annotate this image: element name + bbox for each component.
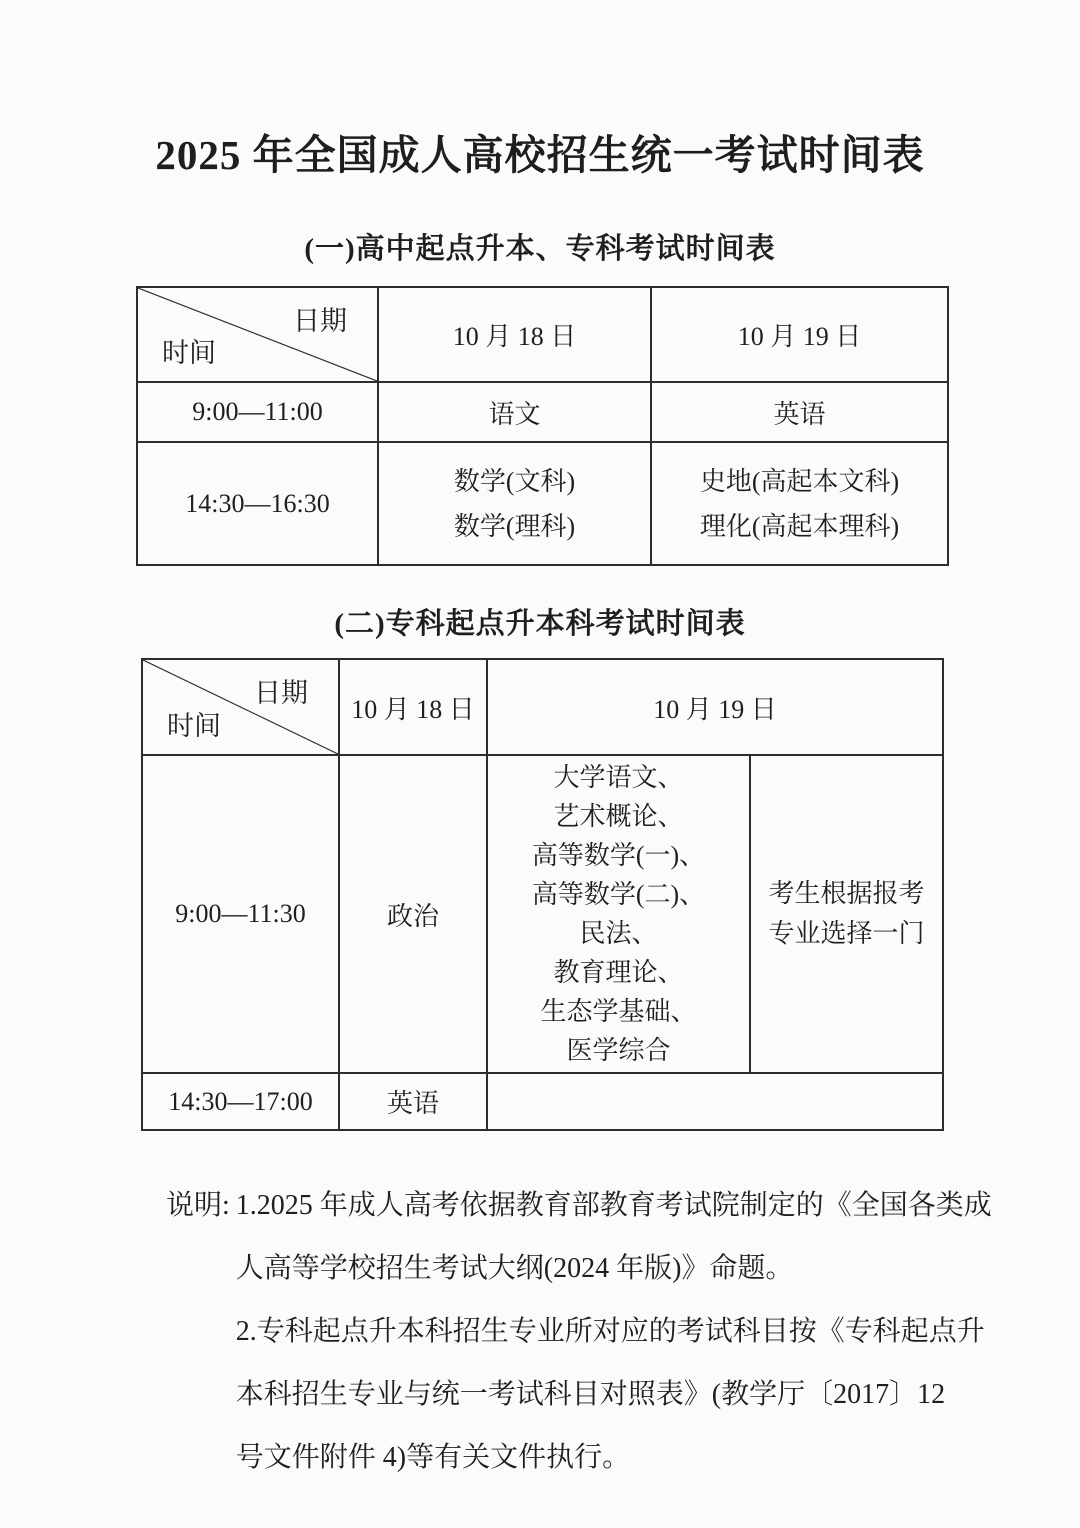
time-axis-label: 时间 bbox=[162, 331, 216, 370]
date-axis-label: 日期 bbox=[254, 671, 308, 710]
time-cell: 9:00—11:30 bbox=[142, 755, 339, 1073]
time-cell: 14:30—17:00 bbox=[142, 1073, 339, 1130]
subject-list-item: 艺术概论、 bbox=[488, 797, 749, 836]
subject-cell: 政治 bbox=[339, 755, 487, 1073]
table-row: 日期 时间 10 月 18 日 10 月 19 日 bbox=[142, 659, 943, 755]
table-row: 14:30—16:30 数学(文科) 数学(理科) 史地(高起本文科) 理化(高… bbox=[137, 442, 948, 565]
subject-cell: 数学(文科) 数学(理科) bbox=[378, 442, 651, 565]
table-row: 9:00—11:30 政治 大学语文、 艺术概论、 高等数学(一)、 高等数学(… bbox=[142, 755, 943, 1073]
note-line: 专业选择一门 bbox=[751, 914, 942, 954]
column-header-oct-18: 10 月 18 日 bbox=[339, 659, 487, 755]
table-row: 9:00—11:00 语文 英语 bbox=[137, 382, 948, 442]
subject-cell: 英语 bbox=[651, 382, 948, 442]
note-text-line: 2.专科起点升本科招生专业所对应的考试科目按《专科起点升 bbox=[236, 1300, 992, 1363]
corner-header-cell: 日期 时间 bbox=[142, 659, 339, 755]
column-header-oct-19: 10 月 19 日 bbox=[487, 659, 943, 755]
subject-list-item: 大学语文、 bbox=[488, 758, 749, 797]
column-header-oct-19: 10 月 19 日 bbox=[651, 287, 948, 382]
subject-line: 史地(高起本文科) bbox=[652, 459, 947, 504]
time-cell: 14:30—16:30 bbox=[137, 442, 378, 565]
section2-caption: (二)专科起点升本科考试时间表 bbox=[0, 601, 1080, 642]
time-axis-label: 时间 bbox=[167, 704, 221, 743]
subject-list-item: 高等数学(一)、 bbox=[488, 836, 749, 875]
page-title: 2025 年全国成人高校招生统一考试时间表 bbox=[0, 122, 1080, 181]
note-text-line: 本科招生专业与统一考试科目对照表》(教学厅〔2017〕12 bbox=[236, 1363, 992, 1426]
notes-section: 说明: 1.2025 年成人高考依据教育部教育考试院制定的《全国各类成 人高等学… bbox=[166, 1174, 968, 1489]
note-line: 考生根据报考 bbox=[751, 874, 942, 914]
note-item-1: 1.2025 年成人高考依据教育部教育考试院制定的《全国各类成 人高等学校招生考… bbox=[236, 1174, 992, 1300]
corner-header-cell: 日期 时间 bbox=[137, 287, 378, 382]
subject-line: 理化(高起本理科) bbox=[652, 504, 947, 549]
subject-list-item: 高等数学(二)、 bbox=[488, 875, 749, 914]
subject-cell: 史地(高起本文科) 理化(高起本理科) bbox=[651, 442, 948, 565]
note-item-2: 2.专科起点升本科招生专业所对应的考试科目按《专科起点升 本科招生专业与统一考试… bbox=[236, 1300, 992, 1489]
notes-items: 1.2025 年成人高考依据教育部教育考试院制定的《全国各类成 人高等学校招生考… bbox=[236, 1174, 992, 1489]
subject-line: 数学(文科) bbox=[379, 459, 650, 504]
subject-list-item: 生态学基础、 bbox=[488, 992, 749, 1031]
empty-cell bbox=[487, 1073, 943, 1130]
subject-cell: 语文 bbox=[378, 382, 651, 442]
subject-line: 数学(理科) bbox=[379, 504, 650, 549]
table-row: 日期 时间 10 月 18 日 10 月 19 日 bbox=[137, 287, 948, 382]
subject-list-cell: 大学语文、 艺术概论、 高等数学(一)、 高等数学(二)、 民法、 教育理论、 … bbox=[487, 755, 750, 1073]
subject-list-item: 医学综合 bbox=[488, 1031, 749, 1070]
document-page: 2025 年全国成人高校招生统一考试时间表 (一)高中起点升本、专科考试时间表 … bbox=[0, 0, 1080, 1528]
column-header-oct-18: 10 月 18 日 bbox=[378, 287, 651, 382]
section1-caption: (一)高中起点升本、专科考试时间表 bbox=[0, 226, 1080, 267]
subject-list-item: 民法、 bbox=[488, 914, 749, 953]
note-text-line: 号文件附件 4)等有关文件执行。 bbox=[236, 1426, 992, 1489]
time-cell: 9:00—11:00 bbox=[137, 382, 378, 442]
choose-one-note-cell: 考生根据报考 专业选择一门 bbox=[750, 755, 943, 1073]
notes-label: 说明: bbox=[166, 1174, 230, 1489]
note-text-line: 1.2025 年成人高考依据教育部教育考试院制定的《全国各类成 bbox=[236, 1174, 992, 1237]
timetable-college-start: 日期 时间 10 月 18 日 10 月 19 日 9:00—11:30 政治 … bbox=[141, 658, 944, 1131]
note-text-line: 人高等学校招生考试大纲(2024 年版)》命题。 bbox=[236, 1237, 992, 1300]
table-row: 14:30—17:00 英语 bbox=[142, 1073, 943, 1130]
timetable-high-school-start: 日期 时间 10 月 18 日 10 月 19 日 9:00—11:00 语文 … bbox=[136, 286, 949, 566]
subject-list-item: 教育理论、 bbox=[488, 953, 749, 992]
date-axis-label: 日期 bbox=[293, 299, 347, 338]
subject-cell: 英语 bbox=[339, 1073, 487, 1130]
